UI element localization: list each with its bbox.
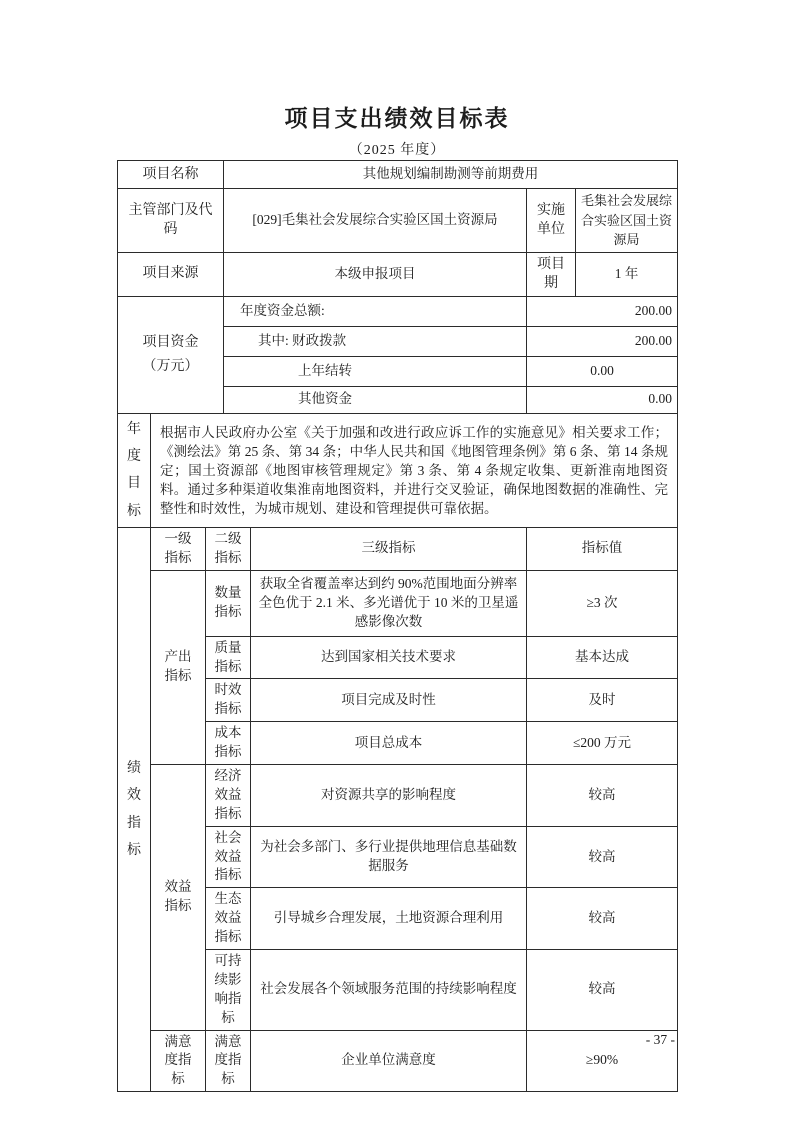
annual-goal-table: 年度目标 根据市人民政府办公室《关于加强和改进行政应诉工作的实施意见》相关要求工… xyxy=(117,413,678,528)
annual-goal-text: 根据市人民政府办公室《关于加强和改进行政应诉工作的实施意见》相关要求工作；《测绘… xyxy=(151,413,678,527)
indicator-cost: 项目总成本 xyxy=(251,722,527,765)
department-label: 主管部门及代码 xyxy=(118,189,224,253)
indicator-social: 为社会多部门、多行业提供地理信息基础数据服务 xyxy=(251,826,527,888)
page-number: - 37 - xyxy=(117,1032,677,1048)
value-ecological: 较高 xyxy=(527,888,678,950)
indicator-ecological: 引导城乡合理发展，土地资源合理利用 xyxy=(251,888,527,950)
indicators-side-label: 绩效指标 xyxy=(118,527,151,1091)
project-name-label: 项目名称 xyxy=(118,161,224,189)
implement-unit-label: 实施单位 xyxy=(527,189,576,253)
header-level2: 二级指标 xyxy=(206,527,251,570)
annual-goal-label: 年度目标 xyxy=(118,413,151,527)
indicator-economic: 对资源共享的影响程度 xyxy=(251,765,527,827)
indicator-timeliness: 项目完成及时性 xyxy=(251,679,527,722)
value-sustainable: 较高 xyxy=(527,950,678,1031)
level2-sustainable: 可持续影响指标 xyxy=(206,950,251,1031)
basic-info-table: 项目名称 其他规划编制勘测等前期费用 主管部门及代码 [029]毛集社会发展综合… xyxy=(117,160,678,414)
indicator-quantity: 获取全省覆盖率达到约 90%范围地面分辨率全色优于 2.1 米、多光谱优于 10… xyxy=(251,570,527,636)
level2-quality: 质量指标 xyxy=(206,636,251,679)
value-cost: ≤200 万元 xyxy=(527,722,678,765)
project-period-label: 项目期 xyxy=(527,252,576,296)
project-period-value: 1 年 xyxy=(576,252,678,296)
header-level3: 三级指标 xyxy=(251,527,527,570)
funds-carryover-value: 0.00 xyxy=(527,356,678,386)
page-title: 项目支出绩效目标表 xyxy=(0,100,794,133)
level2-ecological: 生态效益指标 xyxy=(206,888,251,950)
level2-quantity: 数量指标 xyxy=(206,570,251,636)
department-value: [029]毛集社会发展综合实验区国土资源局 xyxy=(224,189,527,253)
funds-total-value: 200.00 xyxy=(527,296,678,326)
funds-other-label: 其他资金 xyxy=(224,386,527,413)
indicator-quality: 达到国家相关技术要求 xyxy=(251,636,527,679)
funds-label: 项目资金（万元） xyxy=(118,296,224,413)
value-timeliness: 及时 xyxy=(527,679,678,722)
project-source-label: 项目来源 xyxy=(118,252,224,296)
value-social: 较高 xyxy=(527,826,678,888)
performance-target-table: 项目名称 其他规划编制勘测等前期费用 主管部门及代码 [029]毛集社会发展综合… xyxy=(117,160,677,1092)
header-value: 指标值 xyxy=(527,527,678,570)
level1-benefit: 效益指标 xyxy=(151,765,206,1031)
project-source-value: 本级申报项目 xyxy=(224,252,527,296)
level1-output: 产出指标 xyxy=(151,570,206,764)
indicators-table: 绩效指标 一级指标 二级指标 三级指标 指标值 产出指标 数量指标 获取全省覆盖… xyxy=(117,527,678,1092)
header-level1: 一级指标 xyxy=(151,527,206,570)
project-name-value: 其他规划编制勘测等前期费用 xyxy=(224,161,678,189)
value-economic: 较高 xyxy=(527,765,678,827)
indicator-sustainable: 社会发展各个领域服务范围的持续影响程度 xyxy=(251,950,527,1031)
implement-unit-value: 毛集社会发展综合实验区国土资源局 xyxy=(576,189,678,253)
level2-cost: 成本指标 xyxy=(206,722,251,765)
level2-economic: 经济效益指标 xyxy=(206,765,251,827)
value-quality: 基本达成 xyxy=(527,636,678,679)
level2-social: 社会效益指标 xyxy=(206,826,251,888)
level2-timeliness: 时效指标 xyxy=(206,679,251,722)
funds-other-value: 0.00 xyxy=(527,386,678,413)
funds-carryover-label: 上年结转 xyxy=(224,356,527,386)
funds-fiscal-label: 其中: 财政拨款 xyxy=(224,326,527,356)
value-quantity: ≥3 次 xyxy=(527,570,678,636)
funds-fiscal-value: 200.00 xyxy=(527,326,678,356)
page-subtitle: （2025 年度） xyxy=(0,139,794,159)
funds-total-label: 年度资金总额: xyxy=(224,296,527,326)
